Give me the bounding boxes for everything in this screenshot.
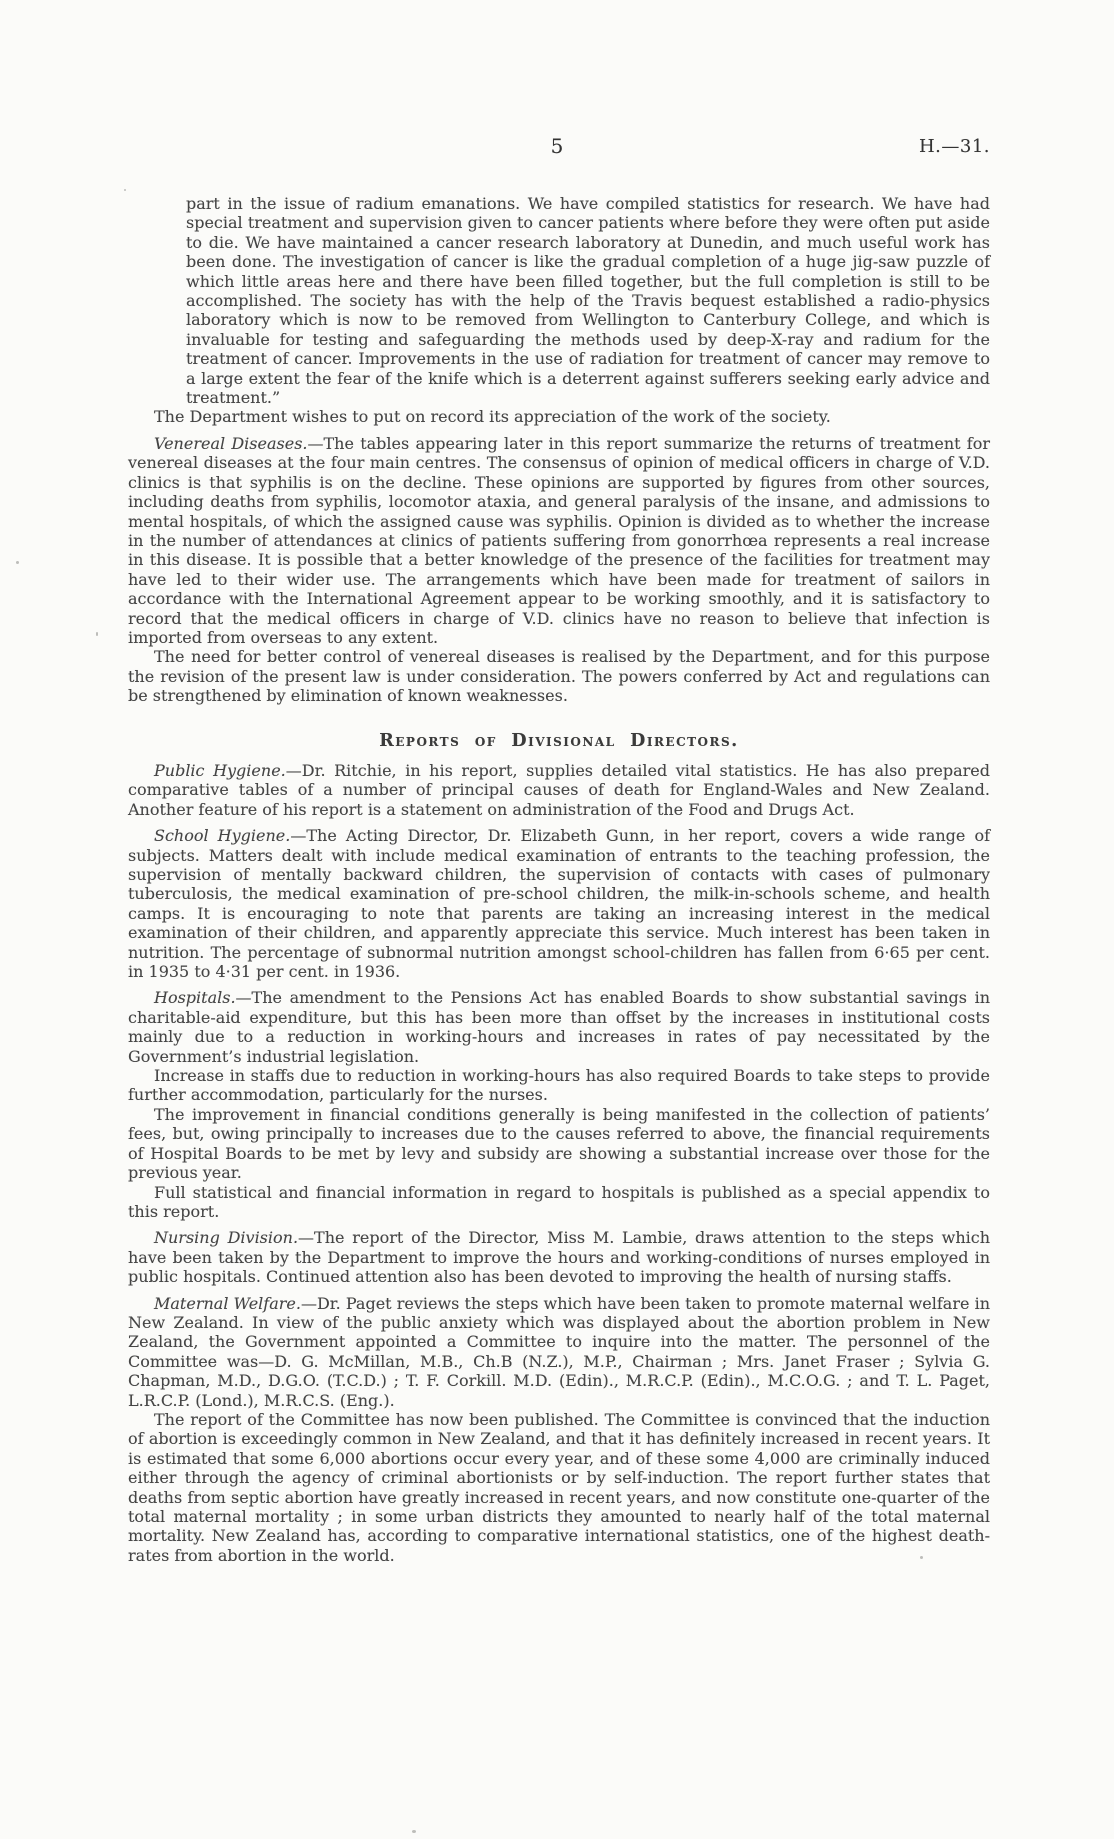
scan-speck — [124, 189, 126, 191]
paragraph-lead-hospitals: Hospitals. — [154, 988, 236, 1007]
paragraph-school-hygiene: School Hygiene.—The Acting Director, Dr.… — [128, 826, 990, 981]
document-reference: H.—31. — [919, 136, 990, 157]
paragraph-staffs-increase: Increase in staffs due to reduction in w… — [128, 1066, 990, 1105]
paragraph-nursing-division: Nursing Division.—The report of the Dire… — [128, 1228, 990, 1286]
paragraph-financial-conditions: The improvement in financial conditions … — [128, 1105, 990, 1183]
page-body: part in the issue of radium emanations. … — [128, 194, 990, 1565]
paragraph-lead-public-hygiene: Public Hygiene. — [154, 761, 286, 780]
paragraph-statistical-appendix: Full statistical and financial informati… — [128, 1183, 990, 1222]
paragraph-lead-venereal-diseases: Venereal Diseases. — [154, 434, 308, 453]
scan-speck — [16, 561, 19, 564]
paragraph-text-hospitals: —The amendment to the Pensions Act has e… — [128, 988, 990, 1065]
paragraph-lead-maternal-welfare: Maternal Welfare. — [154, 1294, 301, 1313]
scan-speck — [412, 1830, 416, 1833]
paragraph-hospitals: Hospitals.—The amendment to the Pensions… — [128, 988, 990, 1066]
paragraph-venereal-diseases: Venereal Diseases.—The tables appearing … — [128, 434, 990, 647]
paragraph-text-venereal-diseases: —The tables appearing later in this repo… — [128, 434, 990, 647]
scanned-report-page: 5 H.—31. part in the issue of radium ema… — [0, 0, 1114, 1839]
scan-speck — [96, 632, 98, 636]
scan-speck — [920, 1556, 923, 1559]
paragraph-lead-school-hygiene: School Hygiene. — [154, 826, 290, 845]
section-heading-reports-of-divisional-directors: Reports of Divisional Directors. — [128, 732, 990, 751]
paragraph-maternal-welfare: Maternal Welfare.—Dr. Paget reviews the … — [128, 1294, 990, 1410]
paragraph-lead-nursing-division: Nursing Division. — [154, 1228, 298, 1247]
paragraph-text-school-hygiene: —The Acting Director, Dr. Elizabeth Gunn… — [128, 826, 990, 981]
paragraph-need-for-control: The need for better control of venereal … — [128, 647, 990, 705]
paragraph-appreciation: The Department wishes to put on record i… — [128, 407, 990, 426]
paragraph-committee-report: The report of the Committee has now been… — [128, 1410, 990, 1565]
quoted-passage-continuation: part in the issue of radium emanations. … — [186, 194, 990, 407]
paragraph-public-hygiene: Public Hygiene.—Dr. Ritchie, in his repo… — [128, 761, 990, 819]
